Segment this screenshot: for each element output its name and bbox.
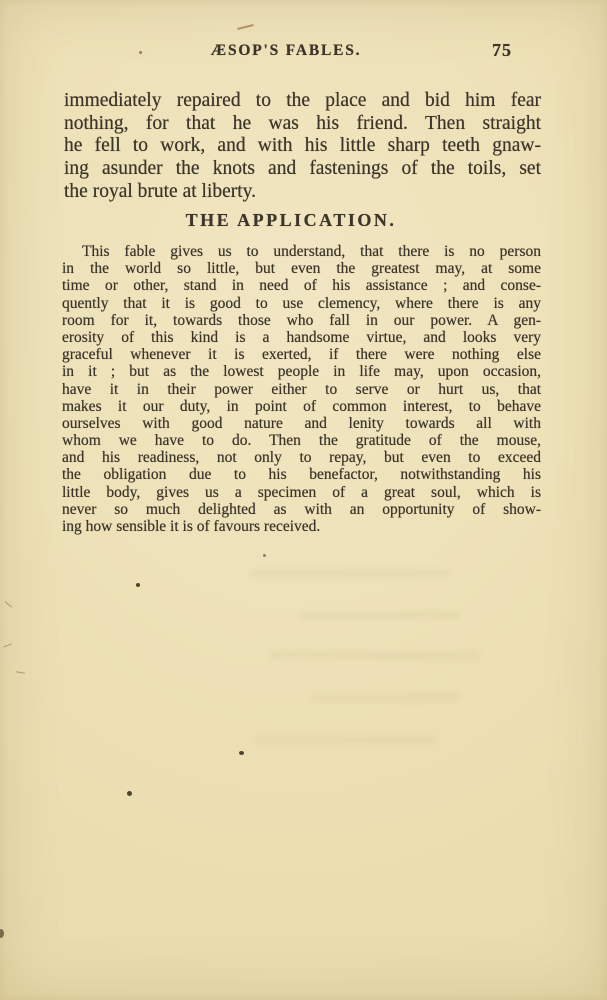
paper-fiber [16, 671, 25, 674]
text-line: have it in their power either to serve o… [62, 381, 541, 398]
ink-speck [136, 583, 140, 587]
running-title: ÆSOP'S FABLES. [62, 42, 540, 60]
show-through-smudge [270, 652, 480, 659]
text-line: ing how sensible it is of favours receiv… [62, 518, 541, 535]
text-line: in the world so little, but even the gre… [62, 260, 541, 277]
show-through-smudge [310, 694, 460, 701]
text-line: graceful whenever it is exerted, if ther… [62, 346, 541, 363]
text-line: whom we have to do. Then the gratitude o… [62, 432, 541, 449]
section-heading: THE APPLICATION. [62, 210, 540, 231]
text-line: makes it our duty, in point of common in… [62, 398, 541, 415]
text-line: ing asunder the knots and fastenings of … [64, 158, 541, 181]
text-line: immediately repaired to the place and bi… [64, 90, 541, 113]
text-line: he fell to work, and with his little sha… [64, 135, 541, 158]
text-line: time or other, stand in need of his assi… [62, 277, 541, 294]
text-line: This fable gives us to understand, that … [62, 243, 541, 260]
paper-fiber [5, 601, 13, 608]
paper-fiber [3, 643, 12, 647]
page-number: 75 [492, 40, 526, 61]
scratch-mark [237, 24, 254, 30]
text-line: never so much delighted as with an oppor… [62, 501, 541, 518]
ink-speck [139, 51, 142, 54]
show-through-smudge [255, 736, 435, 743]
ink-speck [263, 554, 266, 557]
text-line: in it ; but as the lowest people in life… [62, 363, 541, 380]
show-through-smudge [250, 570, 450, 577]
text-line: little body, gives us a specimen of a gr… [62, 484, 541, 501]
fable-continuation-paragraph: immediately repaired to the place and bi… [64, 90, 541, 204]
text-line: quently that it is good to use clemency,… [62, 295, 541, 312]
text-line: and his readiness, not only to repay, bu… [62, 449, 541, 466]
text-line: room for it, towards those who fall in o… [62, 312, 541, 329]
edge-smudge [0, 929, 4, 938]
text-line: nothing, for that he was his friend. The… [64, 113, 541, 136]
text-line: the royal brute at liberty. [64, 181, 541, 204]
book-page: ÆSOP'S FABLES. 75 immediately repaired t… [0, 0, 607, 1000]
show-through-smudge [300, 612, 460, 619]
ink-speck [127, 791, 132, 796]
application-paragraph: This fable gives us to understand, that … [62, 243, 541, 535]
text-line: the obligation due to his benefactor, no… [62, 466, 541, 483]
text-line: ourselves with good nature and lenity to… [62, 415, 541, 432]
text-line: erosity of this kind is a handsome virtu… [62, 329, 541, 346]
ink-speck [239, 751, 244, 755]
